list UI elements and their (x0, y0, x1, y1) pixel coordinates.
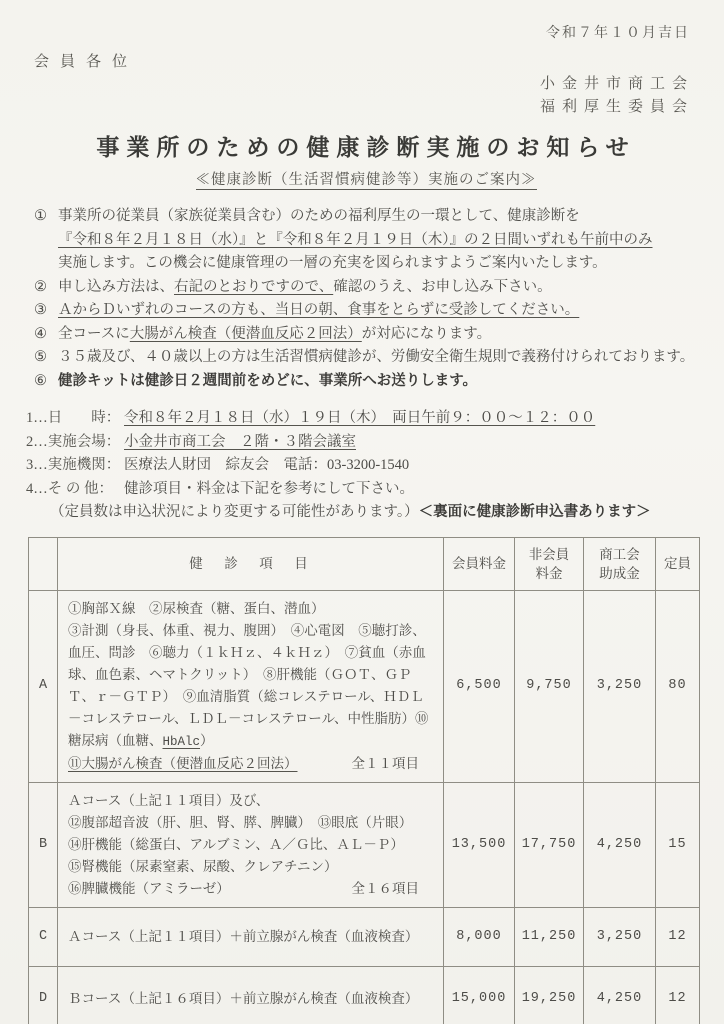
header-nonmember-line1: 非会員 (516, 545, 582, 564)
notice-item-1-line2: 『令和８年２月１８日（水）』と『令和８年２月１９日（木）』の２日間いずれも午前中… (58, 229, 698, 253)
table-row-course-b: B Ａコース（上記１１項目）及び、 ⑫腹部超音波（肝、胆、腎、膵、脾臓） ⑬眼底… (29, 782, 700, 907)
header-exam-items: 健 診 項 目 (58, 537, 444, 590)
course-a-nonmember-fee: 9,750 (515, 590, 584, 782)
detail-venue: 2…実施会場： 小金井市商工会 ２階・３階会議室 (26, 431, 698, 455)
header-nonmember-line2: 料金 (516, 564, 582, 583)
table-header-row: 健 診 項 目 会員料金 非会員 料金 商工会 助成金 定員 (29, 537, 700, 590)
document-page: 令和７年１０月吉日 会員各位 小金井市商工会 福利厚生委員会 事業所のための健康… (0, 0, 724, 1024)
course-b-lastline: ⑯脾臓機能（アミラーゼ） 全１６項目 (68, 878, 433, 900)
course-b-line2: ⑫腹部超音波（肝、胆、腎、膵、脾臓） ⑬眼底（片眼） (68, 812, 433, 834)
detail-other-value: 健診項目・料金は下記を参考にして下さい。 (124, 478, 414, 502)
course-a-body-text: ③計測（身長、体重、視力、腹囲） ④心電図 ⑤聴打診、血圧、問診 ⑥聴力（１ｋＨ… (68, 623, 428, 748)
header-capacity: 定員 (656, 537, 700, 590)
course-a-capacity: 80 (656, 590, 700, 782)
course-a-body-end: ） (200, 733, 214, 748)
notice-item-4-underlined: 大腸がん検査（便潜血反応２回法） (130, 326, 362, 342)
notice-item-4: ④ 全コースに大腸がん検査（便潜血反応２回法）が対応になります。 (34, 323, 698, 347)
detail-other-label: 4…そ の 他： (26, 478, 124, 502)
item-number: ① (34, 205, 47, 229)
notice-item-1-line1: 事業所の従業員（家族従業員含む）のための福利厚生の一環として、健康診断を (58, 205, 698, 229)
item-number: ③ (34, 299, 47, 323)
course-a-lastline: ⑪大腸がん検査（便潜血反応２回法） 全１１項目 (68, 753, 433, 775)
detail-provider: 3…実施機関： 医療法人財団 綜友会 電話：03-3200-1540 (26, 454, 698, 478)
course-d-capacity: 12 (656, 966, 700, 1024)
course-b-line4: ⑮腎機能（尿素窒素、尿酸、クレアチニン） (68, 856, 433, 878)
course-c-member-fee: 8,000 (444, 907, 515, 966)
notice-item-2-post: 確認のうえ、お申し込み下さい。 (333, 279, 551, 295)
organization-block: 小金井市商工会 福利厚生委員会 (34, 73, 698, 119)
course-b-subsidy: 4,250 (584, 782, 656, 907)
course-b-line1: Ａコース（上記１１項目）及び、 (68, 790, 433, 812)
header-member-fee: 会員料金 (444, 537, 515, 590)
notice-item-5: ⑤ ３５歳及び、４０歳以上の方は生活習慣病健診が、労働安全衛生規則で義務付けられ… (34, 346, 698, 370)
course-b-items: Ａコース（上記１１項目）及び、 ⑫腹部超音波（肝、胆、腎、膵、脾臓） ⑬眼底（片… (58, 782, 444, 907)
issue-date: 令和７年１０月吉日 (34, 22, 698, 42)
notice-item-6-text: 健診キットは健診日２週間前をめどに、事業所へお送りします。 (58, 373, 477, 389)
item-number: ⑥ (34, 370, 47, 394)
subtitle-text: ≪健康診断（生活習慣病健診等）実施のご案内≫ (196, 172, 537, 190)
detail-venue-value: 小金井市商工会 ２階・３階会議室 (124, 431, 356, 455)
course-d-items: Ｂコース（上記１６項目）＋前立腺がん検査（血液検査） (58, 966, 444, 1024)
course-b-capacity: 15 (656, 782, 700, 907)
detail-datetime-value: 令和８年２月１８日（水）１９日（木） 両日午前９：００～１２：００ (124, 407, 595, 431)
notice-item-3: ③ ＡからＤいずれのコースの方も、当日の朝、食事をとらずに受診してください。 (34, 299, 698, 323)
notice-list: ① 事業所の従業員（家族従業員含む）のための福利厚生の一環として、健康診断を 『… (34, 205, 698, 393)
table-row-course-a: A ①胸部Ｘ線 ②尿検査（糖、蛋白、潜血） ③計測（身長、体重、視力、腹囲） ④… (29, 590, 700, 782)
course-a-body: ③計測（身長、体重、視力、腹囲） ④心電図 ⑤聴打診、血圧、問診 ⑥聴力（１ｋＨ… (68, 620, 433, 753)
table-row-course-d: D Ｂコース（上記１６項目）＋前立腺がん検査（血液検査） 15,000 19,2… (29, 966, 700, 1024)
notice-item-5-text: ３５歳及び、４０歳以上の方は生活習慣病健診が、労働安全衛生規則で義務付けられてお… (58, 349, 694, 365)
item-number: ④ (34, 323, 47, 347)
course-c-items: Ａコース（上記１１項目）＋前立腺がん検査（血液検査） (58, 907, 444, 966)
org-name: 小金井市商工会 (34, 73, 694, 96)
item-number: ⑤ (34, 346, 47, 370)
detail-datetime-label: 1…日 時： (26, 407, 124, 431)
notice-item-2-pre: 申し込み方法は、 (58, 279, 174, 295)
notice-item-4-post: が対応になります。 (362, 326, 491, 342)
course-b-nonmember-fee: 17,750 (515, 782, 584, 907)
detail-datetime: 1…日 時： 令和８年２月１８日（水）１９日（木） 両日午前９：００～１２：００ (26, 407, 698, 431)
course-d-member-fee: 15,000 (444, 966, 515, 1024)
notice-item-2: ② 申し込み方法は、右記のとおりですので、確認のうえ、お申し込み下さい。 (34, 276, 698, 300)
course-a-letter: A (29, 590, 58, 782)
course-c-subsidy: 3,250 (584, 907, 656, 966)
detail-capacity-note: （定員数は申込状況により変更する可能性があります。）＜裏面に健康診断申込書ありま… (26, 501, 698, 525)
course-b-line5: ⑯脾臓機能（アミラーゼ） (68, 878, 230, 900)
table-row-course-c: C Ａコース（上記１１項目）＋前立腺がん検査（血液検査） 8,000 11,25… (29, 907, 700, 966)
capacity-note-text: （定員数は申込状況により変更する可能性があります。） (50, 504, 419, 520)
page-title: 事業所のための健康診断実施のお知らせ (34, 129, 698, 162)
course-b-letter: B (29, 782, 58, 907)
course-b-member-fee: 13,500 (444, 782, 515, 907)
header-subsidy: 商工会 助成金 (584, 537, 656, 590)
notice-item-3-text: ＡからＤいずれのコースの方も、当日の朝、食事をとらずに受診してください。 (58, 302, 579, 318)
hba1c-label: HbAlc (163, 735, 201, 749)
course-d-nonmember-fee: 19,250 (515, 966, 584, 1024)
notice-item-1: ① 事業所の従業員（家族従業員含む）のための福利厚生の一環として、健康診断を 『… (34, 205, 698, 276)
org-committee: 福利厚生委員会 (34, 96, 694, 119)
course-c-capacity: 12 (656, 907, 700, 966)
course-d-letter: D (29, 966, 58, 1024)
header-subsidy-line1: 商工会 (585, 545, 654, 564)
course-b-total: 全１６項目 (352, 878, 434, 900)
detail-venue-label: 2…実施会場： (26, 431, 124, 455)
course-a-member-fee: 6,500 (444, 590, 515, 782)
course-d-subsidy: 4,250 (584, 966, 656, 1024)
item-number: ② (34, 276, 47, 300)
back-side-note: ＜裏面に健康診断申込書あります＞ (419, 504, 651, 520)
course-a-subsidy: 3,250 (584, 590, 656, 782)
course-a-item11: ⑪大腸がん検査（便潜血反応２回法） (68, 753, 298, 775)
course-a-total: 全１１項目 (352, 753, 434, 775)
course-c-letter: C (29, 907, 58, 966)
notice-item-1-line3: 実施します。この機会に健康管理の一層の充実を図られますようご案内いたします。 (58, 252, 698, 276)
notice-item-6: ⑥ 健診キットは健診日２週間前をめどに、事業所へお送りします。 (34, 370, 698, 394)
fee-table: 健 診 項 目 会員料金 非会員 料金 商工会 助成金 定員 A ①胸部Ｘ線 ②… (28, 537, 700, 1024)
details-section: 1…日 時： 令和８年２月１８日（水）１９日（木） 両日午前９：００～１２：００… (26, 407, 698, 525)
detail-provider-value: 医療法人財団 綜友会 電話：03-3200-1540 (124, 454, 409, 478)
header-nonmember-fee: 非会員 料金 (515, 537, 584, 590)
header-course-letter (29, 537, 58, 590)
subtitle: ≪健康診断（生活習慣病健診等）実施のご案内≫ (34, 168, 698, 189)
header-subsidy-line2: 助成金 (585, 564, 654, 583)
course-c-nonmember-fee: 11,250 (515, 907, 584, 966)
notice-item-2-underlined: 右記のとおりですので、 (174, 279, 333, 295)
detail-other: 4…そ の 他： 健診項目・料金は下記を参考にして下さい。 (26, 478, 698, 502)
detail-provider-label: 3…実施機関： (26, 454, 124, 478)
course-a-items: ①胸部Ｘ線 ②尿検査（糖、蛋白、潜血） ③計測（身長、体重、視力、腹囲） ④心電… (58, 590, 444, 782)
course-a-line1: ①胸部Ｘ線 ②尿検査（糖、蛋白、潜血） (68, 598, 433, 620)
notice-item-4-pre: 全コースに (58, 326, 130, 342)
addressee: 会員各位 (34, 50, 698, 71)
course-b-line3: ⑭肝機能（総蛋白、アルブミン、Ａ／Ｇ比、ＡＬ－Ｐ） (68, 834, 433, 856)
